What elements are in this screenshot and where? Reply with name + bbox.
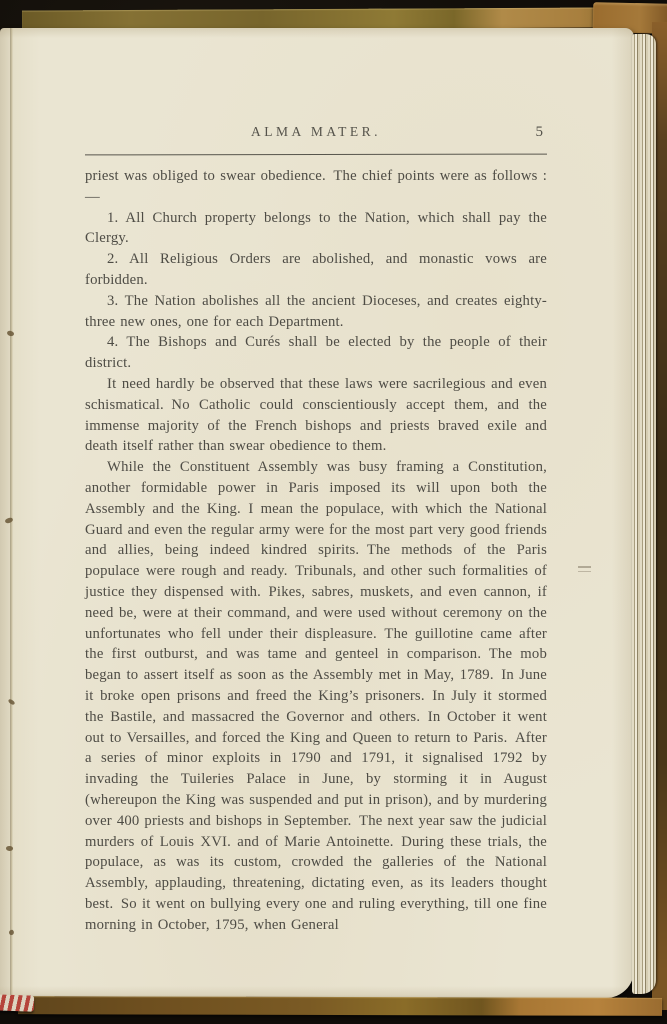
paragraph: 3. The Nation abolishes all the ancient … <box>85 291 547 333</box>
paragraph: It need hardly be observed that these la… <box>85 374 547 457</box>
paragraph: priest was obliged to swear obedience. T… <box>85 166 547 208</box>
margin-mark <box>578 566 591 572</box>
paragraph: 4. The Bishops and Curés shall be electe… <box>85 332 547 374</box>
stitch-mark <box>8 698 16 706</box>
book-bottom-gilt-edge <box>18 996 662 1016</box>
body-text: priest was obliged to swear obedience. T… <box>85 166 547 935</box>
page-number: 5 <box>536 124 544 141</box>
header-rule <box>85 154 547 156</box>
page-header: ALMA MATER. 5 <box>85 124 547 142</box>
photo-background: ALMA MATER. 5 priest was obliged to swea… <box>0 0 667 1024</box>
print-area: ALMA MATER. 5 priest was obliged to swea… <box>85 124 547 935</box>
running-title: ALMA MATER. <box>85 124 547 140</box>
paragraph: While the Constituent Assembly was busy … <box>85 457 547 935</box>
headband-bottom <box>0 994 34 1011</box>
book-page: ALMA MATER. 5 priest was obliged to swea… <box>0 28 634 998</box>
paragraph: 1. All Church property belongs to the Na… <box>85 208 547 250</box>
stitch-mark <box>8 929 15 936</box>
gutter-crease <box>10 28 13 998</box>
page-edges-right <box>632 34 656 994</box>
stitch-mark <box>6 330 14 337</box>
paragraph: 2. All Religious Orders are abolished, a… <box>85 249 547 291</box>
